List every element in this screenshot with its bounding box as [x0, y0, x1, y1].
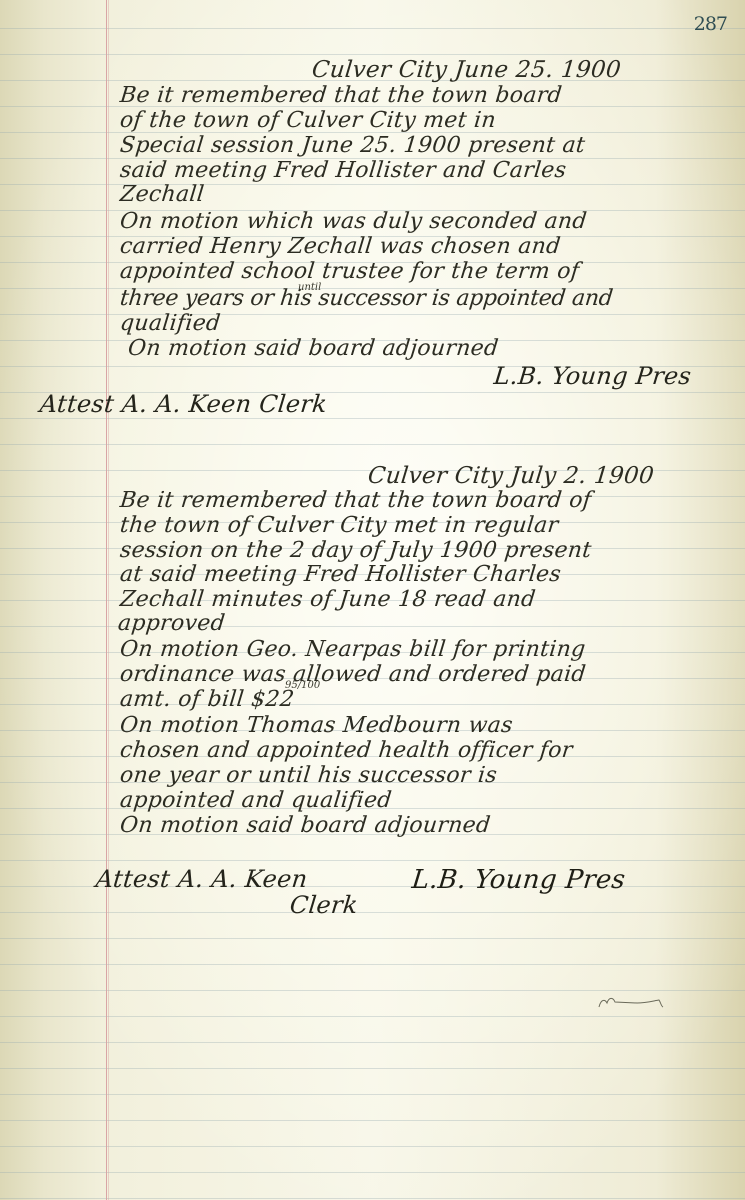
bill-cents: 95/100 [285, 680, 320, 691]
entry-line: Zechall minutes of June 18 read and [119, 588, 537, 612]
entry-line: Zechall [119, 183, 206, 207]
president-signature: L.B. Young Pres [493, 364, 693, 388]
entry-line: amt. of bill $22 [119, 688, 296, 712]
entry-line: On motion said board adjourned [119, 814, 492, 838]
entry-line: appointed and qualified [119, 789, 393, 813]
entry-line: of the town of Culver City met in [119, 109, 497, 133]
entry-line: qualified [119, 312, 222, 336]
entry-line: On motion Thomas Medbourn was [119, 714, 514, 738]
entry-line: ordinance was allowed and ordered paid [119, 663, 587, 687]
clerk-attestation-name: Attest A. A. Keen [95, 867, 309, 891]
entry-line: On motion which was duly seconded and [119, 210, 588, 234]
entry-line: said meeting Fred Hollister and Carles [119, 159, 568, 183]
entry-heading: Culver City July 2. 1900 [367, 464, 655, 488]
entry-line: Be it remembered that the town board [119, 84, 563, 108]
page-number: 287 [694, 13, 727, 35]
entry-heading: Culver City June 25. 1900 [311, 58, 622, 82]
entry-line: carried Henry Zechall was chosen and [119, 235, 562, 259]
entry-line: Special session June 25. 1900 present at [119, 134, 587, 158]
entry-line: approved [117, 612, 227, 636]
entry-line: three years or his successor is appointe… [119, 287, 614, 311]
ledger-page: 287 Culver City June 25. 1900 Be it reme… [0, 0, 745, 1200]
entry-line: session on the 2 day of July 1900 presen… [119, 539, 593, 563]
clerk-attestation: Attest A. A. Keen Clerk [39, 392, 329, 416]
entry-line: On motion said board adjourned [127, 337, 500, 361]
entry-line: chosen and appointed health officer for [119, 739, 574, 763]
entry-line: one year or until his successor is [119, 764, 499, 788]
entry-line: at said meeting Fred Hollister Charles [119, 563, 562, 587]
pencil-mark [597, 995, 667, 1009]
clerk-attestation-title: Clerk [289, 893, 359, 917]
entry-line: On motion Geo. Nearpas bill for printing [119, 638, 587, 662]
entry-line: appointed school trustee for the term of [119, 260, 581, 284]
president-signature: L.B. Young Pres [411, 868, 627, 892]
margin-line-secondary [108, 0, 109, 1200]
margin-line [106, 0, 107, 1200]
entry-line: the town of Culver City met in regular [119, 514, 560, 538]
entry-line: Be it remembered that the town board of [119, 489, 593, 513]
